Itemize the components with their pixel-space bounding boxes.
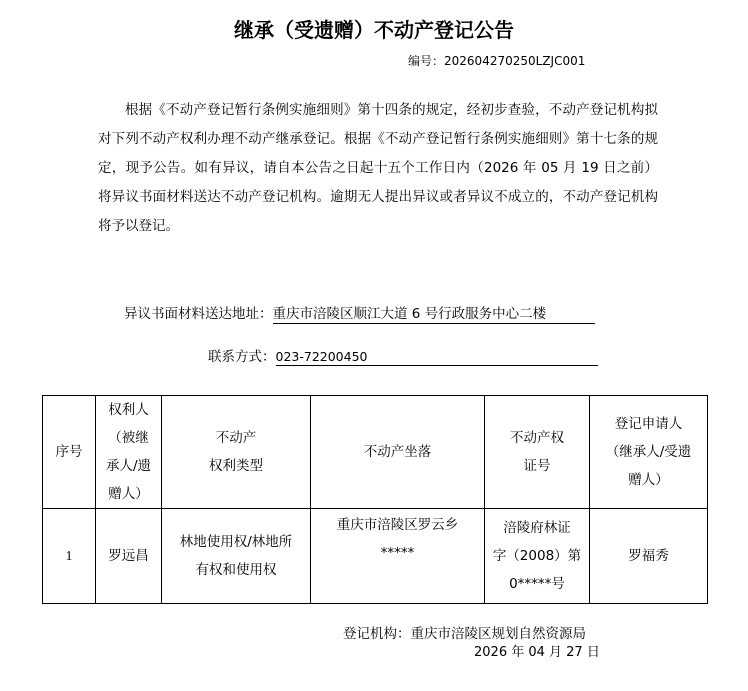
announcement-date: 2026 年 04 月 27 日 bbox=[474, 641, 600, 660]
header-location: 不动产坐落 bbox=[311, 396, 485, 509]
document-number: 编号：202604270250LZJC001 bbox=[408, 52, 585, 69]
registration-authority: 登记机构：重庆市涪陵区规划自然资源局 bbox=[343, 622, 586, 642]
cell-index: 1 bbox=[43, 509, 96, 604]
document-number-label: 编号： bbox=[408, 54, 444, 68]
objection-address: 异议书面材料送达地址：重庆市涪陵区顺江大道 6 号行政服务中心二楼 bbox=[124, 302, 595, 324]
contact-phone: 联系方式：023-72200450 bbox=[208, 345, 598, 366]
announcement-paragraph: 根据《不动产登记暂行条例实施细则》第十四条的规定，经初步查验，不动产登记机构拟对… bbox=[98, 96, 658, 241]
cell-right-type: 林地使用权/林地所有权和使用权 bbox=[162, 509, 311, 604]
header-applicant: 登记申请人（继承人/受遗赠人） bbox=[590, 396, 708, 509]
registration-table: 序号 权利人（被继承人/遗赠人） 不动产权利类型 不动产坐落 不动产权证号 登记… bbox=[42, 395, 708, 604]
objection-address-value: 重庆市涪陵区顺江大道 6 号行政服务中心二楼 bbox=[273, 302, 595, 324]
objection-address-label: 异议书面材料送达地址： bbox=[124, 302, 273, 322]
cell-applicant: 罗福秀 bbox=[590, 509, 708, 604]
header-index: 序号 bbox=[43, 396, 96, 509]
contact-phone-value: 023-72200450 bbox=[276, 349, 598, 366]
contact-phone-label: 联系方式： bbox=[208, 345, 276, 365]
header-right-holder: 权利人（被继承人/遗赠人） bbox=[96, 396, 162, 509]
cell-certificate-no: 涪陵府林证字（2008）第0*****号 bbox=[485, 509, 590, 604]
cell-right-holder: 罗远昌 bbox=[96, 509, 162, 604]
document-number-value: 202604270250LZJC001 bbox=[444, 54, 585, 68]
registration-authority-name: 重庆市涪陵区规划自然资源局 bbox=[411, 626, 587, 642]
table-row: 1 罗远昌 林地使用权/林地所有权和使用权 重庆市涪陵区罗云乡***** 涪陵府… bbox=[43, 509, 708, 604]
table-header-row: 序号 权利人（被继承人/遗赠人） 不动产权利类型 不动产坐落 不动产权证号 登记… bbox=[43, 396, 708, 509]
cell-location: 重庆市涪陵区罗云乡***** bbox=[311, 509, 485, 604]
registration-authority-label: 登记机构： bbox=[343, 626, 411, 642]
header-right-type: 不动产权利类型 bbox=[162, 396, 311, 509]
page-title: 继承（受遗赠）不动产登记公告 bbox=[0, 14, 748, 43]
header-certificate-no: 不动产权证号 bbox=[485, 396, 590, 509]
